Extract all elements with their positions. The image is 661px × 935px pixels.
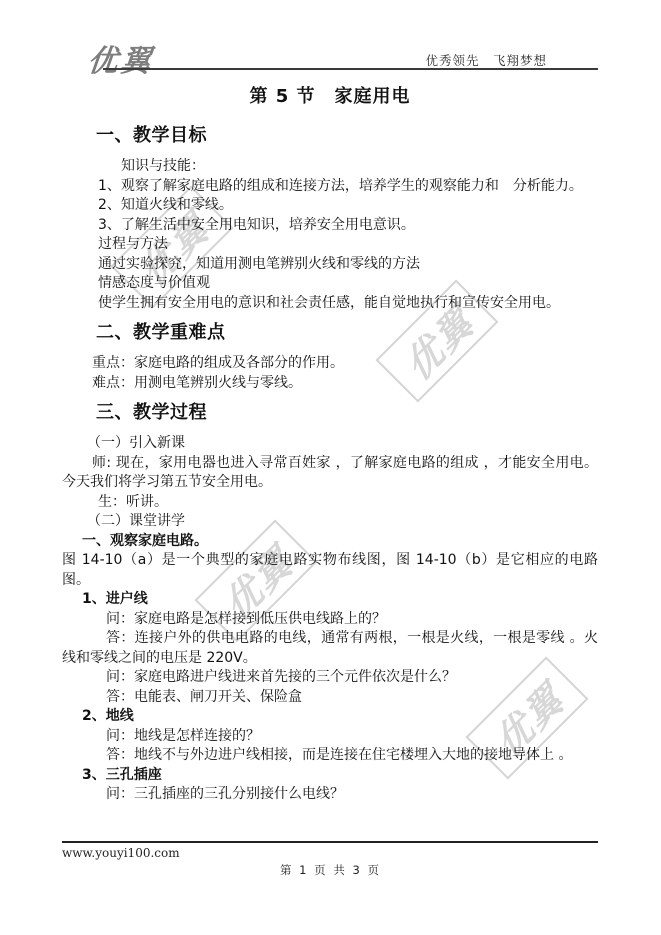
- brand-logo: 优翼: [86, 36, 157, 80]
- page-footer: www.youyi100.com 第 1 页 共 3 页: [0, 838, 661, 935]
- document-title: 第 5 节 家庭用电: [62, 84, 598, 110]
- paragraph: 2、知道火线和零线。: [62, 196, 598, 216]
- paragraph: 问：家庭电路是怎样接到低压供电线路上的？: [62, 610, 598, 630]
- document-body: 一、教学目标知识与技能：1、观察了解家庭电路的组成和连接方法，培养学生的观察能力…: [62, 124, 598, 805]
- paragraph: （一）引入新课: [62, 434, 598, 454]
- paragraph: 重点：家庭电路的组成及各部分的作用。: [62, 354, 598, 374]
- document-content: 第 5 节 家庭用电 一、教学目标知识与技能：1、观察了解家庭电路的组成和连接方…: [62, 84, 598, 805]
- paragraph: （二）课堂讲学: [62, 512, 598, 532]
- section-heading: 一、教学目标: [62, 124, 598, 148]
- paragraph: 3、了解生活中安全用电知识，培养安全用电意识。: [62, 216, 598, 236]
- header-slogan: 优秀领先 飞翔梦想: [425, 51, 547, 69]
- page-header: 优翼 优秀领先 飞翔梦想: [0, 0, 661, 80]
- paragraph: 问：家庭电路进户线进来首先接的三个元件依次是什么？: [62, 668, 598, 688]
- footer-page-number: 第 1 页 共 3 页: [0, 862, 661, 878]
- section-heading: 3、三孔插座: [62, 766, 598, 786]
- section-heading: 1、进户线: [62, 590, 598, 610]
- section-heading: 三、教学过程: [62, 401, 598, 425]
- paragraph: 通过实验探究，知道用测电笔辨别火线和零线的方法: [62, 255, 598, 275]
- paragraph: 问：三孔插座的三孔分别接什么电线？: [62, 785, 598, 805]
- paragraph: 过程与方法: [62, 235, 598, 255]
- footer-divider: [62, 841, 598, 843]
- footer-website: www.youyi100.com: [62, 846, 180, 860]
- paragraph: 情感态度与价值观: [62, 274, 598, 294]
- paragraph: 问：地线是怎样连接的？: [62, 727, 598, 747]
- section-heading: 一、观察家庭电路。: [62, 532, 598, 552]
- paragraph: 图 14-10（a）是一个典型的家庭电路实物布线图，图 14-10（b）是它相应…: [62, 551, 598, 590]
- paragraph: 答：地线不与外边进户线相接，而是连接在住宅楼埋入大地的接地导体上 。: [62, 746, 598, 766]
- paragraph: 生：听讲。: [62, 493, 598, 513]
- paragraph: 答：电能表、闸刀开关、保险盒: [62, 688, 598, 708]
- header-divider: [103, 68, 598, 70]
- document-page: 优翼优翼优翼优翼 优翼 优秀领先 飞翔梦想 第 5 节 家庭用电 一、教学目标知…: [0, 0, 661, 935]
- paragraph: 知识与技能：: [62, 157, 598, 177]
- paragraph: 难点：用测电笔辨别火线与零线。: [62, 374, 598, 394]
- section-heading: 二、教学重难点: [62, 321, 598, 345]
- paragraph: 答：连接户外的供电电路的电线，通常有两根，一根是火线，一根是零线 。火线和零线之…: [62, 629, 598, 668]
- paragraph: 师: 现在，家用电器也进入寻常百姓家 ，了解家庭电路的组成 ，才能安全用电。今天…: [62, 454, 598, 493]
- section-heading: 2、地线: [62, 707, 598, 727]
- paragraph: 1、观察了解家庭电路的组成和连接方法，培养学生的观察能力和 分析能力。: [62, 177, 598, 197]
- paragraph: 使学生拥有安全用电的意识和社会责任感，能自觉地执行和宣传安全用电。: [62, 294, 598, 314]
